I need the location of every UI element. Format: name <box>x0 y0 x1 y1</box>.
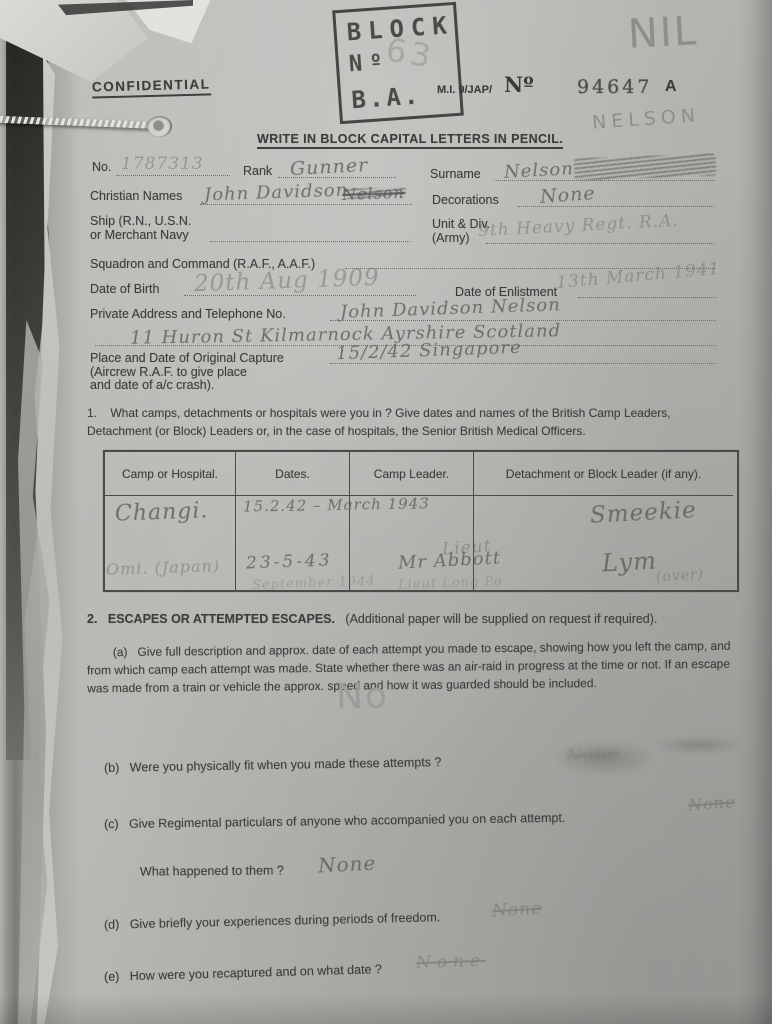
field-label-no: No. <box>92 160 111 174</box>
block-stamp-line3: B.A. <box>351 82 423 115</box>
field-label-capture-note1: (Aircrew R.A.F. to give place <box>90 365 247 379</box>
field-label-decorations: Decorations <box>432 193 499 207</box>
handwritten-nelson: NELSON <box>591 104 700 133</box>
handwritten-rank: Gunner <box>289 154 368 180</box>
handwritten-dates-row1: 15.2.42 – March 1943 <box>243 494 430 515</box>
question2b-label: (b) <box>104 761 120 775</box>
punched-eyelet <box>147 116 172 137</box>
torn-corner-dark-line <box>58 0 193 26</box>
question2-note: (Additional paper will be supplied on re… <box>345 612 657 626</box>
question2-heading: 2. ESCAPES OR ATTEMPTED ESCAPES. (Additi… <box>87 612 657 626</box>
field-label-ship-line1: Ship (R.N., U.S.N. <box>90 214 191 228</box>
bottom-page-edge-shade <box>0 994 772 1024</box>
question2a-body: Give full description and approx. date o… <box>87 639 731 696</box>
handwritten-block-row2: Lym <box>601 547 657 578</box>
question2d-label: (d) <box>104 917 120 931</box>
handwritten-answer-c: None <box>687 792 736 814</box>
torn-edge-base <box>0 0 80 1024</box>
handwritten-decorations: None <box>539 182 596 208</box>
field-label-unit-line2: (Army) <box>432 231 470 245</box>
erased-smudge-b2 <box>656 736 742 754</box>
question2d-text: (d) Give briefly your experiences during… <box>104 910 441 932</box>
question2e-text: (e) How were you recaptured and on what … <box>104 962 382 984</box>
surname-scribble <box>574 154 717 181</box>
capture-rule <box>330 363 716 364</box>
handwritten-enlistment: 13th March 1941 <box>555 259 721 293</box>
binding-string <box>0 116 168 130</box>
torn-edge-light-sliver <box>34 55 64 1024</box>
torn-edge-dark-strip <box>6 0 52 760</box>
question2b-text: (b) Were you physically fit when you mad… <box>104 755 442 775</box>
right-page-edge-shade <box>738 0 772 1024</box>
question2c2-text: What happened to them ? <box>140 863 284 878</box>
serial-suffix: A <box>665 78 677 96</box>
serial-number: 94647 <box>577 76 652 98</box>
question1-body: What camps, detachments or hospitals wer… <box>87 406 671 438</box>
camp-table-header-dates: Dates. <box>236 452 350 496</box>
torn-edge-mid-sliver <box>18 320 60 1024</box>
handwritten-answer-b: None <box>565 743 619 767</box>
handwritten-dates-row2: 23-5-43 <box>246 550 333 573</box>
handwritten-camp-row1: Changi. <box>115 498 209 526</box>
handwritten-surname: Nelson <box>503 158 574 183</box>
question1-number: 1. <box>87 406 97 420</box>
question2a-label: (a) <box>113 645 128 659</box>
camp-table-header-block-leader: Detachment or Block Leader (if any). <box>474 452 733 496</box>
question2a-text: (a) Give full description and approx. da… <box>87 637 742 698</box>
handwritten-dob: 20th Aug 1909 <box>194 265 380 297</box>
question2b-body: Were you physically fit when you made th… <box>130 755 442 774</box>
field-label-dob: Date of Birth <box>90 282 159 296</box>
field-label-surname: Surname <box>430 167 481 181</box>
question2d-body: Give briefly your experiences during per… <box>130 910 441 931</box>
torn-corner-bright-piece <box>118 0 223 62</box>
camp-table-header-camp: Camp or Hospital. <box>105 452 236 496</box>
field-label-capture-note2: and date of a/c crash). <box>90 378 214 392</box>
handwritten-answer-d: None <box>492 899 543 922</box>
handwritten-unit: 9th Heavy Regt. R.A. <box>478 211 680 241</box>
field-label-rank: Rank <box>243 164 272 178</box>
handwritten-answer-e: None <box>416 951 487 973</box>
serial-no-label: Nº <box>504 72 534 97</box>
enlistment-rule <box>578 297 716 298</box>
question2-title: ESCAPES OR ATTEMPTED ESCAPES. <box>108 612 335 626</box>
question2-number: 2. <box>87 612 97 626</box>
instruction-heading: WRITE IN BLOCK CAPITAL LETTERS IN PENCIL… <box>257 132 563 149</box>
question2c-label: (c) <box>104 817 119 831</box>
question2c-text: (c) Give Regimental particulars of anyon… <box>104 811 566 831</box>
question1-text: 1. What camps, detachments or hospitals … <box>87 404 737 440</box>
field-label-ship-line2: or Merchant Navy <box>90 228 189 242</box>
question2e-body: How were you recaptured and on what date… <box>130 962 383 983</box>
field-label-address: Private Address and Telephone No. <box>90 307 286 321</box>
scanned-pow-form: CONFIDENTIAL BLOCK Nº B.A. 63 M.I. 9/JAP… <box>0 0 772 1024</box>
handwritten-nil: NIL <box>627 8 699 58</box>
question2c-body: Give Regimental particulars of anyone wh… <box>129 811 566 831</box>
field-label-capture: Place and Date of Original Capture <box>90 351 284 365</box>
question2e-label: (e) <box>104 969 120 983</box>
block-stamp-number-pencil: 63 <box>383 30 437 75</box>
handwritten-camp-row2: Omi. (Japan) <box>106 556 221 579</box>
handwritten-answer-a: No <box>335 675 389 718</box>
handwritten-address-line1: John Davidson Nelson <box>340 294 561 323</box>
unit-rule <box>486 243 714 244</box>
ship-rule <box>210 241 410 242</box>
handwritten-christian-names: John Davidson <box>204 179 349 205</box>
handwritten-service-no: 1787313 <box>121 154 204 174</box>
handwritten-answer-c2: None <box>317 850 376 877</box>
mi9-label: M.I. 9/JAP/ <box>437 84 492 96</box>
no-rule <box>116 175 230 176</box>
camp-table-header-leader: Camp Leader. <box>350 452 474 496</box>
confidential-label: CONFIDENTIAL <box>92 76 211 98</box>
handwritten-block-row1: Smeekie <box>589 497 697 529</box>
handwritten-block-row2-over: (over) <box>656 566 705 585</box>
field-label-christian-names: Christian Names <box>90 189 182 203</box>
